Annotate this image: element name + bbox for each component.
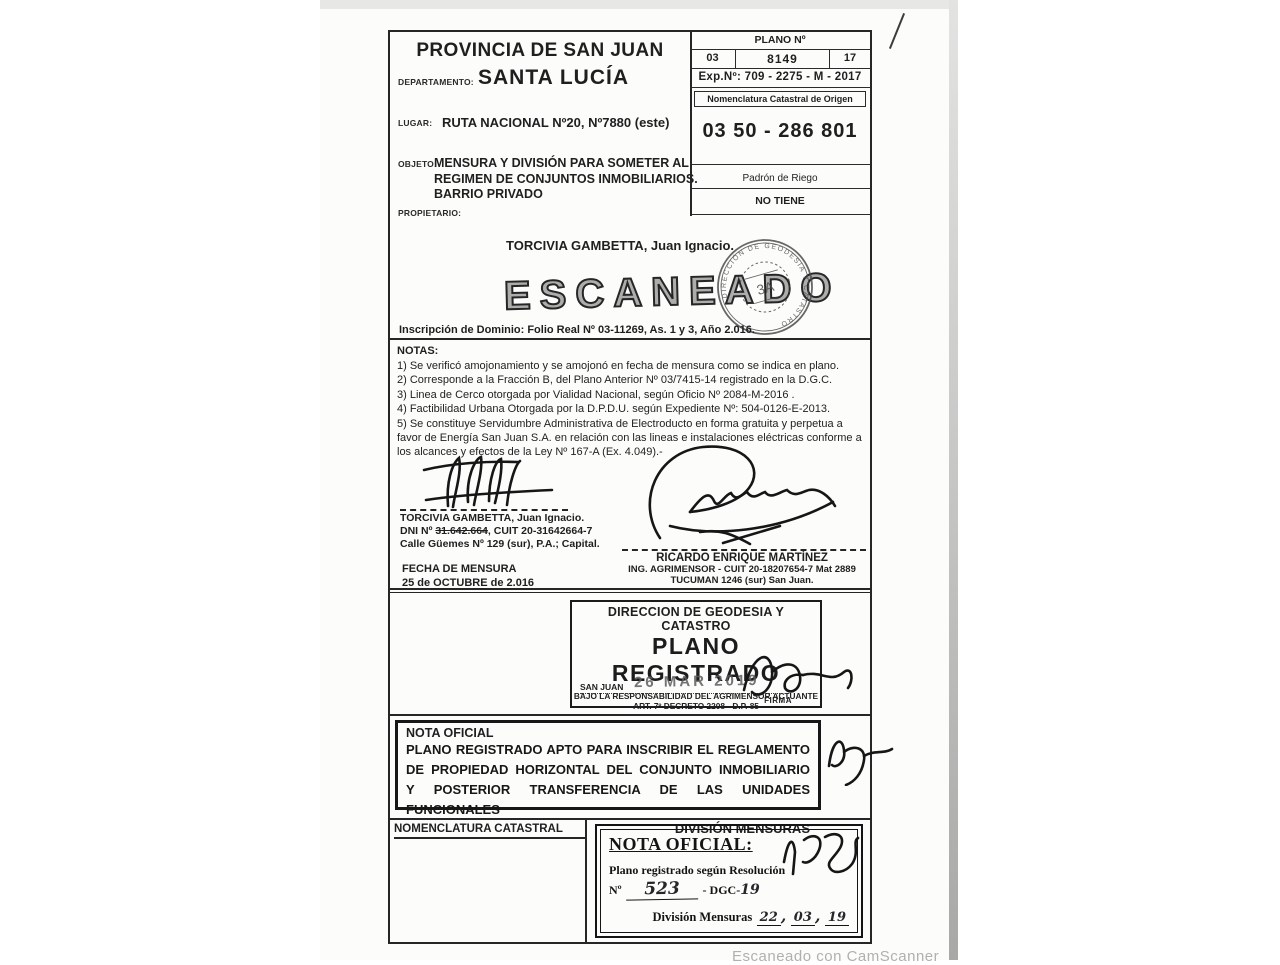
- division-mensuras-row: División Mensuras 22, 03, 19: [653, 906, 849, 926]
- objeto-line: REGIMEN DE CONJUNTOS INMOBILIARIOS.: [434, 172, 698, 188]
- scan-top-shadow: [320, 0, 958, 9]
- rule: [690, 164, 870, 165]
- fecha-mensura-label: FECHA DE MENSURA: [402, 563, 534, 577]
- rule: [690, 214, 870, 215]
- surveyor-block: RICARDO ENRIQUE MARTÍNEZ ING. AGRIMENSOR…: [614, 552, 870, 586]
- section-divider: [390, 588, 870, 593]
- objeto-line: MENSURA Y DIVISIÓN PARA SOMETER AL: [434, 156, 698, 172]
- survey-plan-form: PROVINCIA DE SAN JUAN DEPARTAMENTO: SANT…: [388, 30, 872, 944]
- division-label: División Mensuras: [653, 910, 753, 924]
- nomenclatura-catastral-title: NOMENCLATURA CATASTRAL: [394, 823, 586, 839]
- rule: [690, 87, 870, 88]
- inscripcion-dominio: Inscripción de Dominio: Folio Real Nº 03…: [399, 324, 755, 336]
- nota-oficial-line: PLANO REGISTRADO APTO PARA INSCRIBIR EL …: [406, 740, 810, 760]
- province-title: PROVINCIA DE SAN JUAN: [390, 40, 690, 62]
- objeto-line: BARRIO PRIVADO: [434, 187, 698, 203]
- padron-riego-label: Padrón de Riego: [690, 173, 870, 184]
- resolucion-number-handwritten: 523: [626, 878, 698, 900]
- section-divider: [390, 818, 870, 820]
- surveyor-title: ING. AGRIMENSOR - CUIT 20-18207654-7 Mat…: [614, 564, 870, 575]
- date-month-handwritten: 03: [791, 910, 815, 926]
- objeto-value: MENSURA Y DIVISIÓN PARA SOMETER AL REGIM…: [434, 156, 698, 203]
- section-divider: [390, 338, 870, 340]
- expediente-number: Exp.Nº: 709 - 2275 - M - 2017: [690, 71, 870, 83]
- owner-name: TORCIVIA GAMBETTA, Juan Ignacio.: [400, 512, 600, 525]
- plano-number-title: PLANO Nº: [690, 34, 870, 46]
- resolucion-number-row: Nº 523 - DGC-19: [609, 879, 849, 900]
- nota-oficial-title: NOTA OFICIAL: [406, 726, 810, 740]
- padron-riego-value: NO TIENE: [690, 195, 870, 207]
- margin-initials: [824, 730, 896, 786]
- numero-label: Nº: [609, 883, 622, 897]
- registro-office: DIRECCION DE GEODESIA Y CATASTRO: [572, 605, 820, 633]
- section-divider: [390, 714, 870, 716]
- bottom-nota-title: NOTA OFICIAL:: [609, 834, 753, 854]
- departamento-label: DEPARTAMENTO:: [398, 77, 474, 87]
- nomenclatura-origen-value: 03 50 - 286 801: [690, 120, 870, 143]
- surveyor-signature-line: [622, 549, 866, 551]
- rule: [690, 188, 870, 189]
- owner-signature-line: [400, 509, 568, 511]
- owner-signature: [418, 450, 558, 512]
- owner-dni: DNI Nº 31.642.664, CUIT 20-31642664-7: [400, 525, 600, 538]
- nota-item: 4) Factibilidad Urbana Otorgada por la D…: [397, 402, 863, 416]
- bottom-cell-divider: [585, 818, 587, 942]
- lugar-value: RUTA NACIONAL Nº20, Nº7880 (este): [442, 115, 669, 130]
- registro-city: SAN JUAN: [580, 682, 623, 692]
- nota-item: 1) Se verificó amojonamiento y se amojon…: [397, 359, 863, 373]
- lugar-label: LUGAR:: [398, 118, 432, 128]
- plano-year: 17: [830, 50, 870, 68]
- owner-address: Calle Güemes Nº 129 (sur), P.A.; Capital…: [400, 538, 600, 551]
- svg-text:3A: 3A: [755, 278, 777, 298]
- dgc-year-handwritten: 19: [740, 882, 759, 898]
- owner-block: TORCIVIA GAMBETTA, Juan Ignacio. DNI Nº …: [400, 512, 600, 551]
- objeto-label: OBJETO:: [398, 159, 437, 169]
- plano-number-row: 03 8149 17: [690, 50, 870, 68]
- nota-oficial-apto-box: NOTA OFICIAL PLANO REGISTRADO APTO PARA …: [395, 720, 821, 810]
- nota-item: 2) Corresponde a la Fracción B, del Plan…: [397, 373, 863, 387]
- nota-item: 3) Linea de Cerco otorgada por Vialidad …: [397, 388, 863, 402]
- notas-title: NOTAS:: [397, 345, 438, 357]
- camscanner-watermark: Escaneado con CamScanner: [732, 948, 939, 960]
- rule: [690, 68, 870, 69]
- nota-oficial-line: DE PROPIEDAD HORIZONTAL DEL CONJUNTO INM…: [406, 760, 810, 780]
- dgc-text: - DGC-: [703, 883, 741, 897]
- surveyor-name: RICARDO ENRIQUE MARTÍNEZ: [614, 552, 870, 564]
- nomenclatura-origen-label: Nomenclatura Catastral de Origen: [694, 91, 866, 107]
- nota-oficial-line: Y POSTERIOR TRANSFERENCIA DE LAS UNIDADE…: [406, 780, 810, 820]
- resolucion-initials: [778, 828, 862, 880]
- date-year-handwritten: 19: [825, 910, 849, 926]
- propietario-label: PROPIETARIO:: [398, 208, 461, 218]
- plano-dept-code: 03: [690, 50, 736, 68]
- departamento-value: SANTA LUCÍA: [478, 66, 629, 90]
- registrar-signature: [740, 642, 860, 712]
- surveyor-signature: [628, 440, 853, 555]
- plano-number: 8149: [736, 50, 830, 68]
- surveyor-address: TUCUMAN 1246 (sur) San Juan.: [614, 575, 870, 586]
- fecha-mensura-block: FECHA DE MENSURA 25 de OCTUBRE de 2.016: [402, 563, 534, 590]
- date-day-handwritten: 22: [757, 910, 781, 926]
- scan-edge-shadow: [949, 0, 958, 960]
